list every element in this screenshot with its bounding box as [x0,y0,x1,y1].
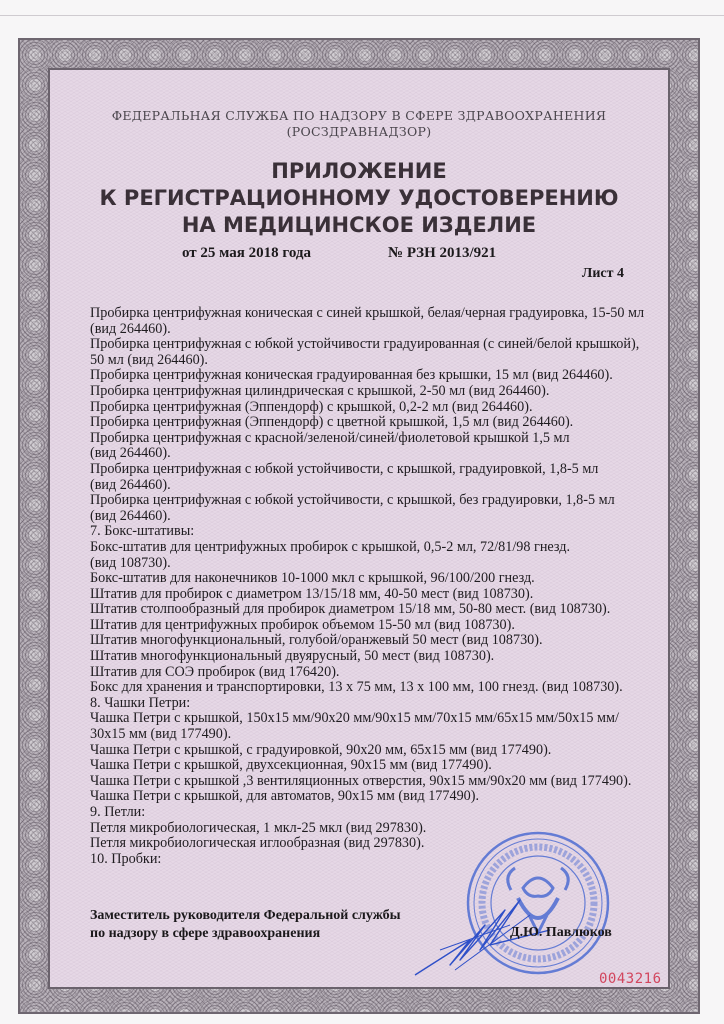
body-line: Штатив многофункциональный двуярусный, 5… [90,649,670,665]
body-line: Штатив многофункциональный, голубой/оран… [90,633,670,649]
body-line: Бокс для хранения и транспортировки, 13 … [90,680,670,696]
body-line: (вид 264460). [90,322,670,338]
ornamental-border: ФЕДЕРАЛЬНАЯ СЛУЖБА ПО НАДЗОРУ В СФЕРЕ ЗД… [18,38,700,1014]
signatory-name: Д.Ю. Павлюков [510,925,612,941]
body-line: Бокс-штатив для центрифужных пробирок с … [90,540,670,556]
body-line: Штатив для пробирок с диаметром 13/15/18… [90,587,670,603]
signatory-title-line-2: по надзору в сфере здравоохранения [90,925,401,943]
agency-abbreviation: (РОСЗДРАВНАДЗОР) [50,124,668,140]
sheet-number: Лист 4 [582,266,624,282]
body-line: Пробирка центрифужная коническая градуир… [90,368,670,384]
body-line: (вид 264460). [90,509,670,525]
body-line: Пробирка центрифужная с юбкой устойчивос… [90,337,670,353]
body-line: 8. Чашки Петри: [90,696,670,712]
body-line: Чашка Петри с крышкой, с градуировкой, 9… [90,743,670,759]
title-line-2: К РЕГИСТРАЦИОННОМУ УДОСТОВЕРЕНИЮ [50,185,668,212]
scan-edge-line [0,15,724,16]
title-line-1: ПРИЛОЖЕНИЕ [50,158,668,185]
body-line: Штатив для СОЭ пробирок (вид 176420). [90,665,670,681]
body-line: 30х15 мм (вид 177490). [90,727,670,743]
body-line: (вид 264460). [90,446,670,462]
body-line: Чашка Петри с крышкой, двухсекционная, 9… [90,758,670,774]
document-sheet: ФЕДЕРАЛЬНАЯ СЛУЖБА ПО НАДЗОРУ В СФЕРЕ ЗД… [48,68,670,989]
body-line: 7. Бокс-штативы: [90,524,670,540]
body-line: Пробирка центрифужная с юбкой устойчивос… [90,462,670,478]
body-line: Штатив для центрифужных пробирок объемом… [90,618,670,634]
serial-number: 0043216 [599,971,662,987]
body-line: Пробирка центрифужная цилиндрическая с к… [90,384,670,400]
body-line: Чашка Петри с крышкой, для автоматов, 90… [90,789,670,805]
title-line-3: НА МЕДИЦИНСКОЕ ИЗДЕЛИЕ [50,212,668,239]
body-line: Бокс-штатив для наконечников 10-1000 мкл… [90,571,670,587]
document-title: ПРИЛОЖЕНИЕ К РЕГИСТРАЦИОННОМУ УДОСТОВЕРЕ… [50,158,668,239]
signatory-title: Заместитель руководителя Федеральной слу… [90,907,401,943]
body-line: Чашка Петри с крышкой, 150х15 мм/90х20 м… [90,711,670,727]
body-line: 9. Петли: [90,805,670,821]
body-line: Пробирка центрифужная с юбкой устойчивос… [90,493,670,509]
body-line: Пробирка центрифужная коническая с синей… [90,306,670,322]
body-line: Штатив столпообразный для пробирок диаме… [90,602,670,618]
body-line: Пробирка центрифужная (Эппендорф) с цвет… [90,415,670,431]
body-line: Пробирка центрифужная (Эппендорф) с крыш… [90,400,670,416]
body-line: (вид 108730). [90,556,670,572]
agency-name: ФЕДЕРАЛЬНАЯ СЛУЖБА ПО НАДЗОРУ В СФЕРЕ ЗД… [50,108,668,124]
agency-header: ФЕДЕРАЛЬНАЯ СЛУЖБА ПО НАДЗОРУ В СФЕРЕ ЗД… [50,108,668,140]
signatory-title-line-1: Заместитель руководителя Федеральной слу… [90,907,401,925]
body-line: (вид 264460). [90,478,670,494]
body-line: 50 мл (вид 264460). [90,353,670,369]
body-line: Пробирка центрифужная с красной/зеленой/… [90,431,670,447]
body-line: Чашка Петри с крышкой ,3 вентиляционных … [90,774,670,790]
registration-number: № РЗН 2013/921 [388,245,496,262]
issue-date: от 25 мая 2018 года [182,245,311,262]
document-body: Пробирка центрифужная коническая с синей… [90,306,670,867]
